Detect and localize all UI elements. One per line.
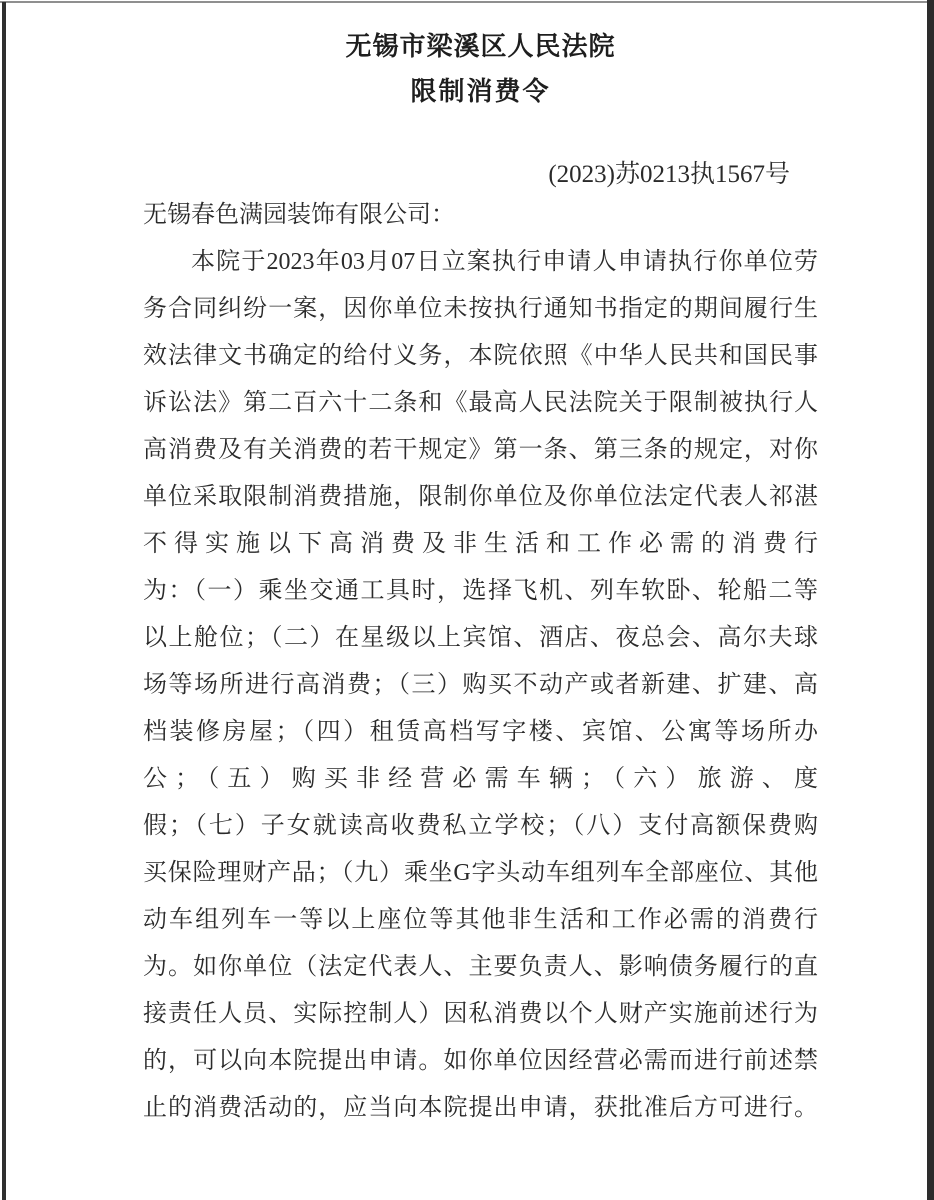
addressee: 无锡春色满园装饰有限公司： — [143, 202, 818, 228]
body-line: 动车组列车一等以上座位等其他非生活和工作必需的消费行 — [143, 897, 818, 944]
body-line: 为：（一）乘坐交通工具时，选择飞机、列车软卧、轮船二等 — [143, 568, 818, 615]
document-title: 限制消费令 — [143, 76, 818, 106]
body-line: 务合同纠纷一案，因你单位未按执行通知书指定的期间履行生 — [143, 286, 818, 333]
body-line: 高消费及有关消费的若干规定》第一条、第三条的规定，对你 — [143, 427, 818, 474]
body-line: 止的消费活动的，应当向本院提出申请，获批准后方可进行。 — [143, 1085, 818, 1132]
body-line: 接责任人员、实际控制人）因私消费以个人财产实施前述行为 — [143, 991, 818, 1038]
body-line: 公；（五）购买非经营必需车辆；（六）旅游、度 — [143, 756, 818, 803]
body-line: 假；（七）子女就读高收费私立学校；（八）支付高额保费购 — [143, 803, 818, 850]
body-line: 效法律文书确定的给付义务，本院依照《中华人民共和国民事 — [143, 333, 818, 380]
body-line: 的，可以向本院提出申请。如你单位因经营必需而进行前述禁 — [143, 1038, 818, 1085]
body-line: 为。如你单位（法定代表人、主要负责人、影响债务履行的直 — [143, 944, 818, 991]
body-line: 诉讼法》第二百六十二条和《最高人民法院关于限制被执行人 — [143, 380, 818, 427]
court-name: 无锡市梁溪区人民法院 — [143, 30, 818, 62]
body-line: 买保险理财产品；（九）乘坐G字头动车组列车全部座位、其他 — [143, 850, 818, 897]
body-line: 以上舱位；（二）在星级以上宾馆、酒店、夜总会、高尔夫球 — [143, 615, 818, 662]
case-number: (2023)苏0213执1567号 — [143, 162, 818, 188]
court-document: 无锡市梁溪区人民法院 限制消费令 (2023)苏0213执1567号 无锡春色满… — [143, 0, 818, 1132]
body-line: 单位采取限制消费措施，限制你单位及你单位法定代表人祁湛 — [143, 474, 818, 521]
body-line: 场等场所进行高消费；（三）购买不动产或者新建、扩建、高 — [143, 662, 818, 709]
body-line: 档装修房屋；（四）租赁高档写字楼、宾馆、公寓等场所办 — [143, 709, 818, 756]
body-line: 不得实施以下高消费及非生活和工作必需的消费行 — [143, 521, 818, 568]
document-body: 本院于2023年03月07日立案执行申请人申请执行你单位劳务合同纠纷一案，因你单… — [143, 239, 818, 1132]
scan-edge-left — [2, 2, 6, 1200]
scan-edge-right — [927, 0, 934, 1200]
body-line: 本院于2023年03月07日立案执行申请人申请执行你单位劳 — [143, 239, 818, 286]
